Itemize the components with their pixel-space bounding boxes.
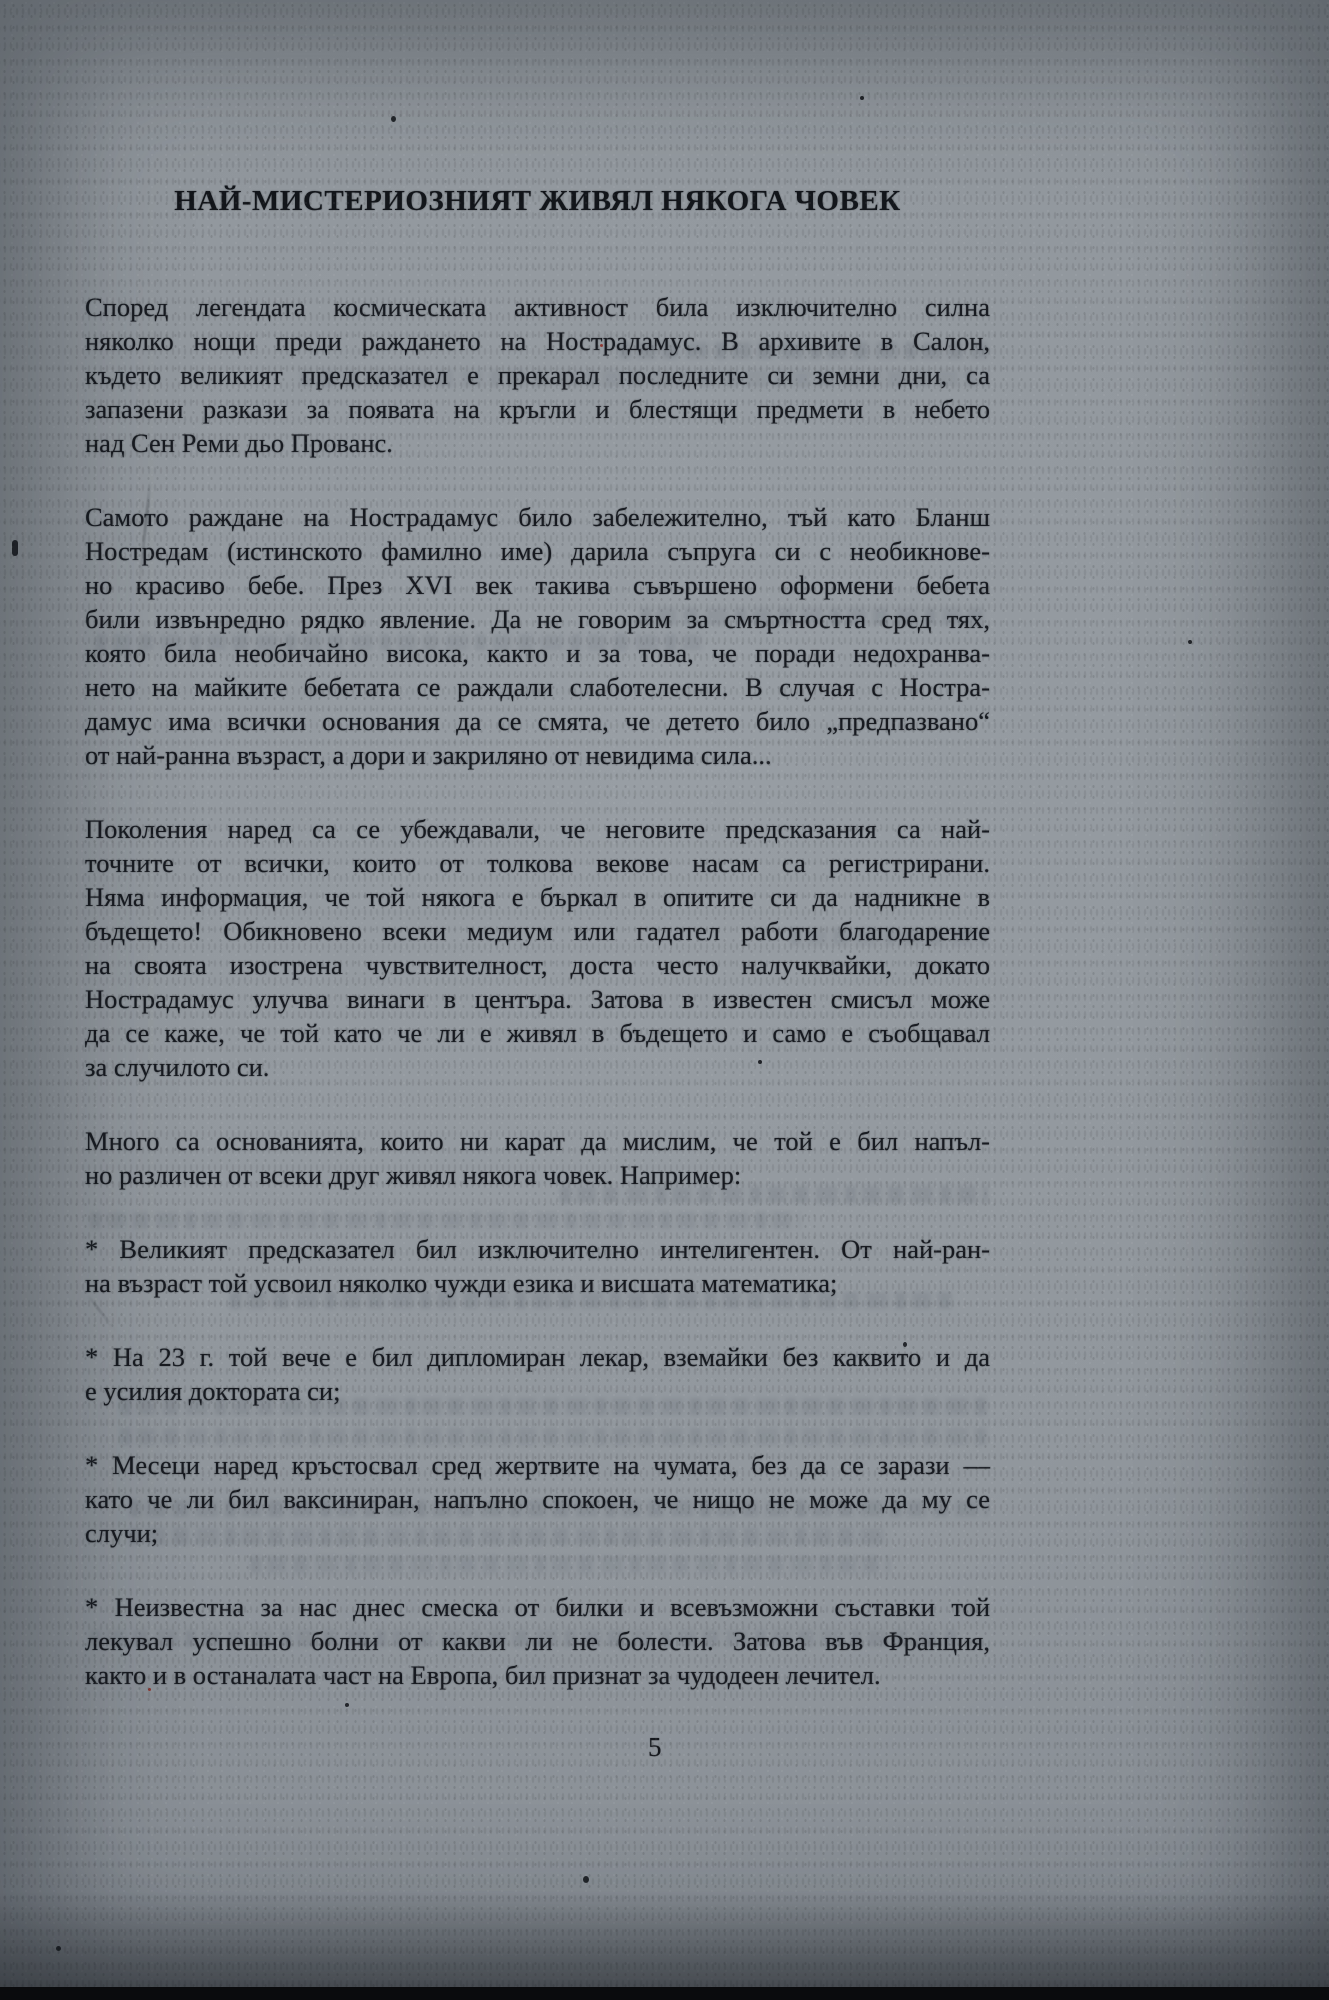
dust-speck: [391, 116, 396, 122]
text-line: която била необичайно висока, както и за…: [85, 636, 990, 670]
text-line: * Месеци наред кръстосвал сред жертвите …: [85, 1448, 990, 1482]
text-line: случи;: [85, 1516, 990, 1550]
text-line: за случилото си.: [85, 1050, 990, 1084]
scanned-book-page: НАЙ-МИСТЕРИОЗНИЯТ ЖИВЯЛ НЯКОГА ЧОВЕК Спо…: [0, 0, 1329, 2000]
paragraph-legend: Според легендата космическата активност …: [85, 290, 990, 460]
text-line: да се каже, че той като че ли е живял в …: [85, 1016, 990, 1050]
page-bottom-edge: [0, 1987, 1329, 2000]
bullet-healer: * Неизвестна за нас днес смеска от билки…: [85, 1590, 990, 1692]
text-line: били извънредно рядко явление. Да не гов…: [85, 602, 990, 636]
bullet-doctor: * На 23 г. той вече е бил дипломиран лек…: [85, 1340, 990, 1408]
text-line: от най-ранна възраст, а дори и закриляно…: [85, 738, 990, 772]
bullet-plague: * Месеци наред кръстосвал сред жертвите …: [85, 1448, 990, 1550]
dust-speck: [583, 1876, 589, 1883]
dust-speck: [12, 540, 18, 556]
text-line: на своята изострена чувствителност, дост…: [85, 948, 990, 982]
text-line: Много са основанията, които ни карат да …: [85, 1124, 990, 1158]
text-line: където великият предсказател е прекарал …: [85, 358, 990, 392]
bullet-intelligent: * Великият предсказател бил изключително…: [85, 1232, 990, 1300]
body-text: Според легендата космическата активност …: [85, 290, 990, 1692]
text-line: нето на майките бебетата се раждали слаб…: [85, 670, 990, 704]
paragraph-birth: Самото раждане на Нострадамус било забел…: [85, 500, 990, 772]
paragraph-reasons: Много са основанията, които ни карат да …: [85, 1124, 990, 1192]
dust-speck: [758, 1060, 762, 1064]
text-line: няколко нощи преди раждането на Нострада…: [85, 324, 990, 358]
text-line: * На 23 г. той вече е бил дипломиран лек…: [85, 1340, 990, 1374]
paragraph-predictions: Поколения наред са се убеждавали, че нег…: [85, 812, 990, 1084]
text-line: точните от всички, които от толкова веко…: [85, 846, 990, 880]
text-line: лекувал успешно болни от какви ли не бол…: [85, 1624, 990, 1658]
text-line: * Великият предсказател бил изключително…: [85, 1232, 990, 1266]
page-number: 5: [648, 1732, 662, 1763]
text-line: запазени разкази за появата на кръгли и …: [85, 392, 990, 426]
text-line: като че ли бил ваксиниран, напълно споко…: [85, 1482, 990, 1516]
page-title: НАЙ-МИСТЕРИОЗНИЯТ ЖИВЯЛ НЯКОГА ЧОВЕК: [85, 184, 990, 218]
red-speck: [148, 1688, 151, 1691]
text-line: но различен от всеки друг живял някога ч…: [85, 1158, 990, 1192]
text-line: Няма информация, че той някога е бъркал …: [85, 880, 990, 914]
text-line: Ностредам (истинското фамилно име) дарил…: [85, 534, 990, 568]
red-speck: [600, 344, 603, 347]
dust-speck: [903, 1342, 907, 1347]
text-line: но красиво бебе. През XVI век такива съв…: [85, 568, 990, 602]
text-line: както и в останалата част на Европа, бил…: [85, 1658, 990, 1692]
text-line: на възраст той усвоил няколко чужди език…: [85, 1266, 990, 1300]
text-line: Поколения наред са се убеждавали, че нег…: [85, 812, 990, 846]
text-line: * Неизвестна за нас днес смеска от билки…: [85, 1590, 990, 1624]
dust-speck: [1188, 640, 1192, 644]
text-line: дамус има всички основания да се смята, …: [85, 704, 990, 738]
text-line: Нострадамус улучва винаги в центъра. Зат…: [85, 982, 990, 1016]
dust-speck: [345, 1703, 349, 1707]
dust-speck: [56, 1946, 61, 1951]
bottom-shadow: [0, 1892, 1329, 1987]
dust-speck: [860, 96, 864, 100]
text-line: е усилия доктората си;: [85, 1374, 990, 1408]
text-line: бъдещето! Обикновено всеки медиум или га…: [85, 914, 990, 948]
text-line: над Сен Реми дьо Прованс.: [85, 426, 990, 460]
page-content: НАЙ-МИСТЕРИОЗНИЯТ ЖИВЯЛ НЯКОГА ЧОВЕК Спо…: [85, 0, 990, 1732]
text-line: Самото раждане на Нострадамус било забел…: [85, 500, 990, 534]
text-line: Според легендата космическата активност …: [85, 290, 990, 324]
